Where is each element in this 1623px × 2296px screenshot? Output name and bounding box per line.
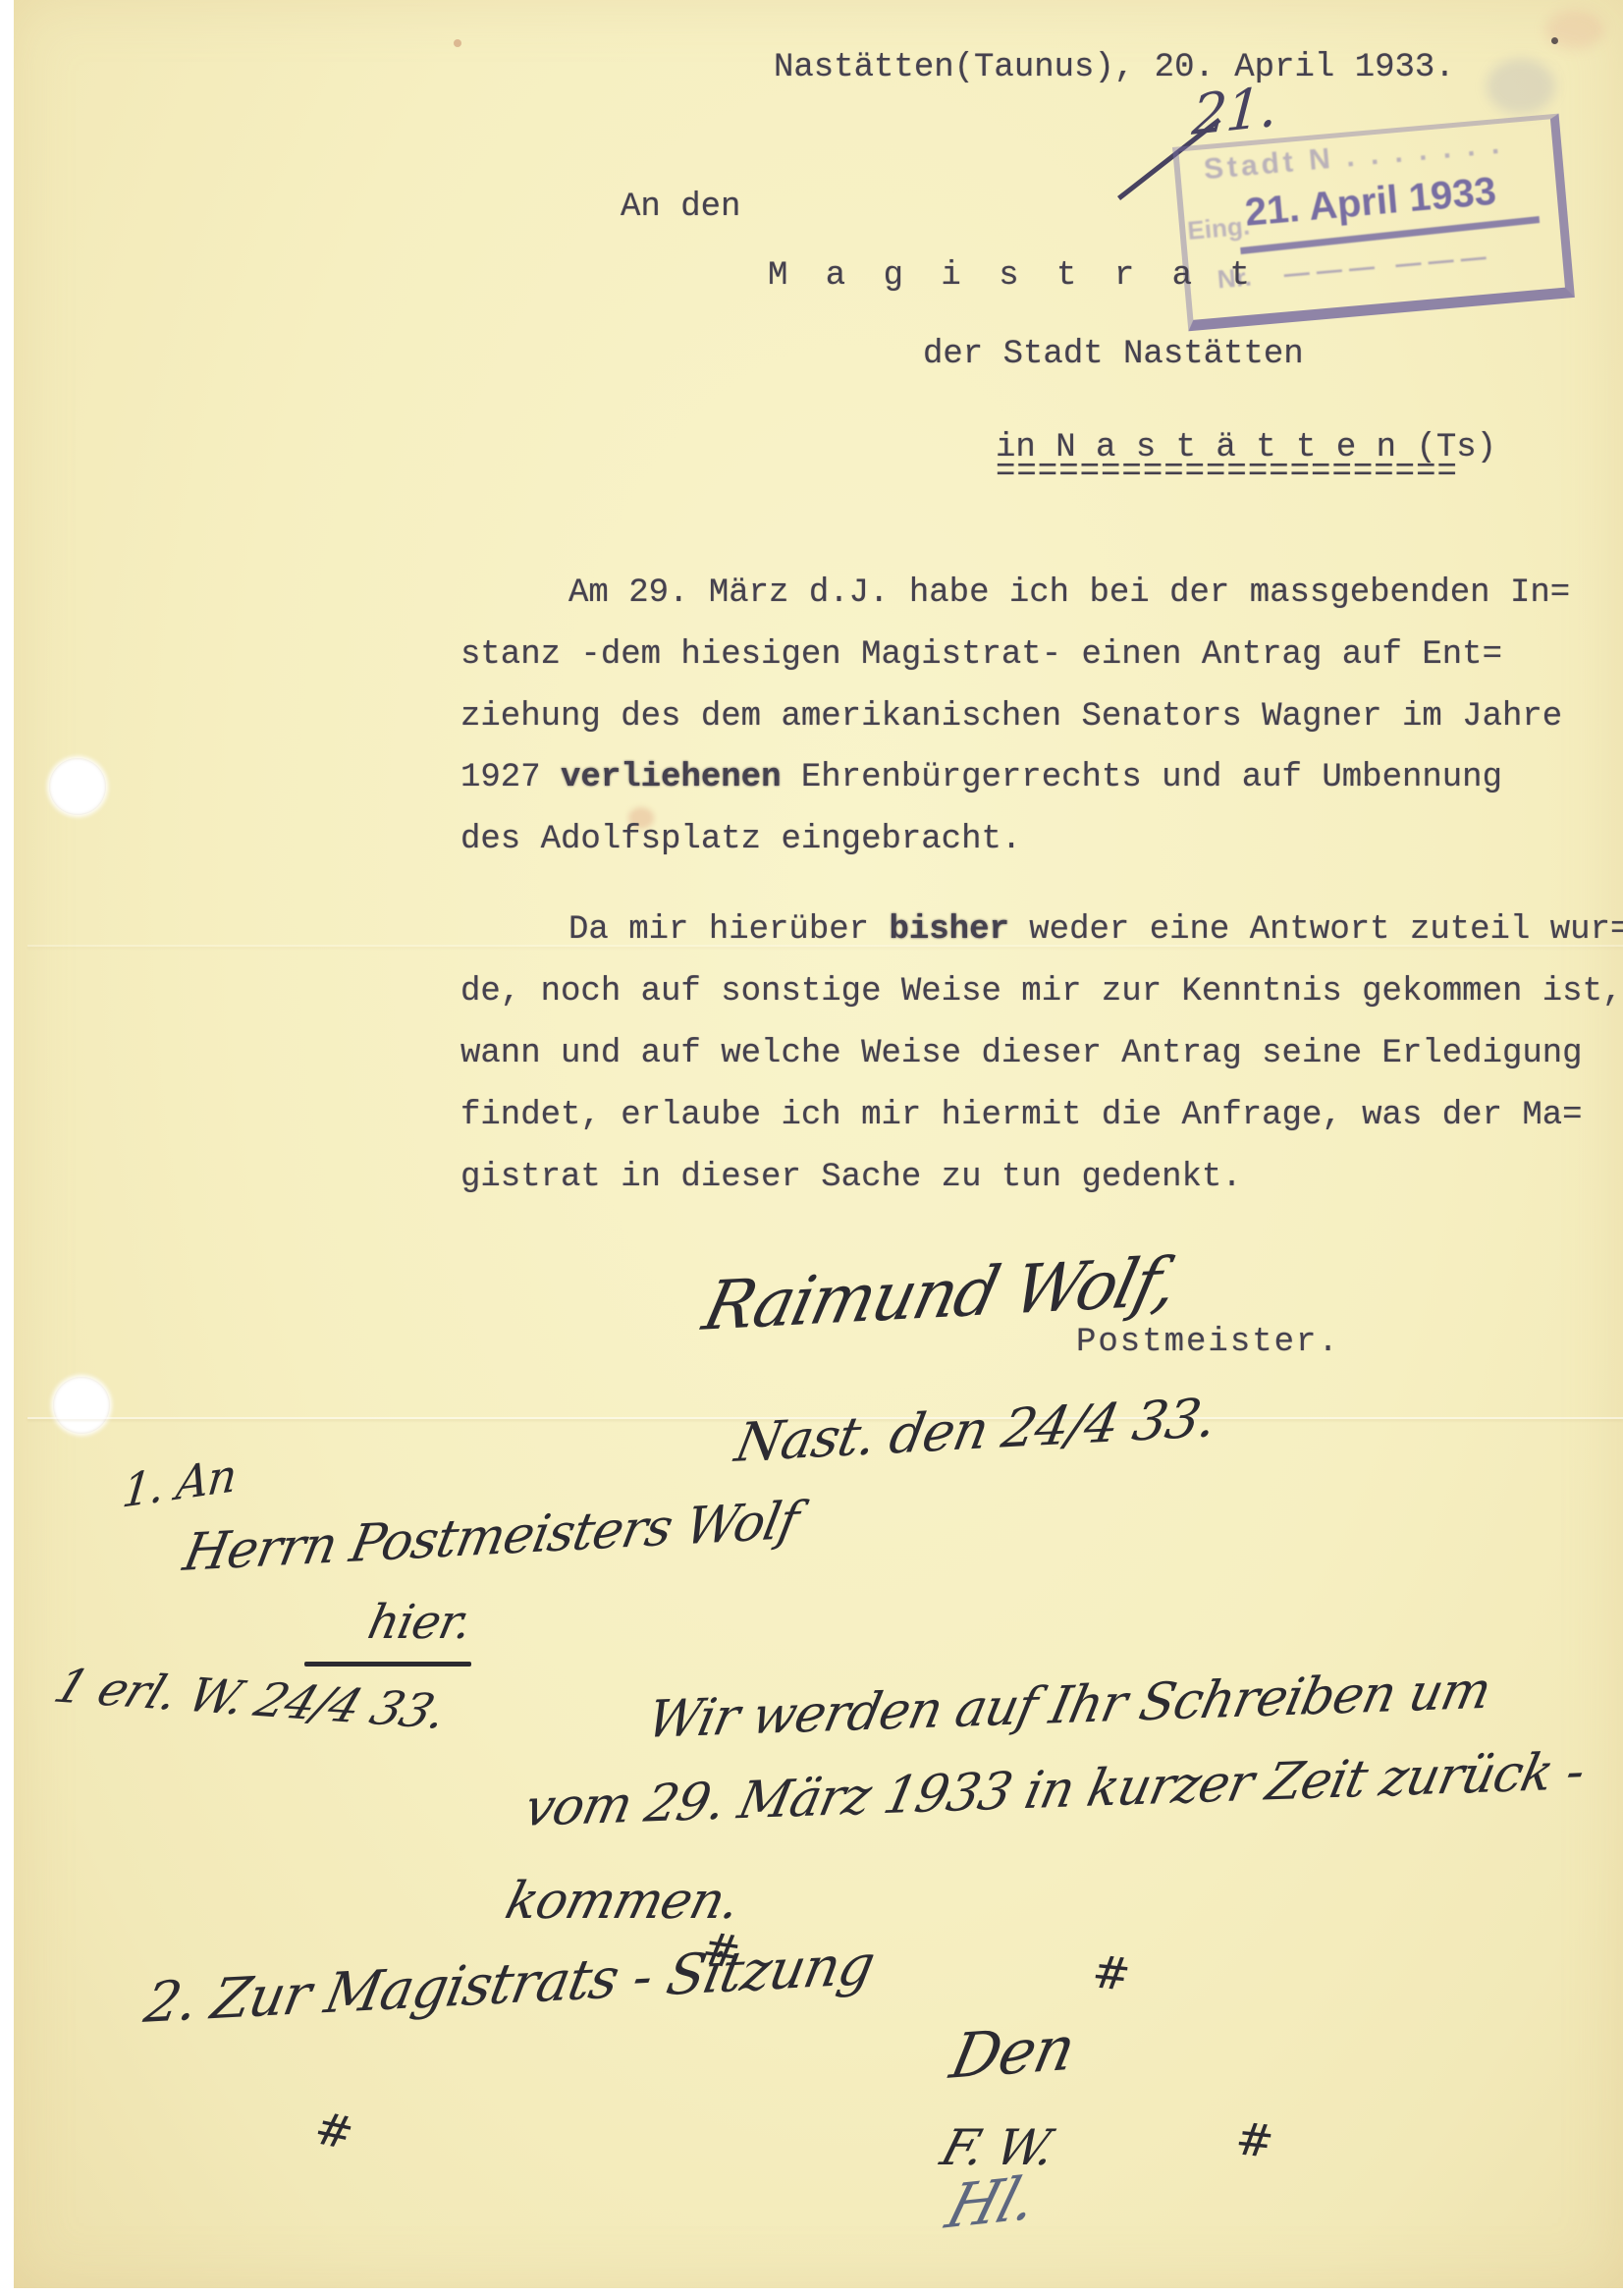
- body-p2-line1: Da mir hierüber bisher weder eine Antwor…: [568, 911, 1623, 949]
- handwritten-journal-number: 21.: [1190, 75, 1278, 148]
- reply-line2: vom 29. März 1933 in kurzer Zeit zurück …: [519, 1742, 1590, 1838]
- pink-smudge: [1545, 10, 1604, 49]
- overtyped-word: bisher: [889, 911, 1008, 949]
- stamp-nr-line: — — — — — —: [1282, 242, 1487, 290]
- reply-line1: Wir werden auf Ihr Schreiben um: [642, 1662, 1495, 1750]
- body-p2-line4: findet, erlaube ich mir hiermit die Anfr…: [460, 1097, 1583, 1134]
- body-text: weder eine Antwort zuteil wur=: [1009, 911, 1623, 949]
- punch-hole-top: [49, 758, 106, 815]
- dateline: Nastätten(Taunus), 20. April 1933.: [774, 49, 1455, 86]
- body-text: 1927: [460, 759, 561, 796]
- body-p2-line2: de, noch auf sonstige Weise mir zur Kenn…: [460, 973, 1622, 1011]
- hash-mark: #: [1090, 1944, 1132, 2001]
- hash-mark: #: [1233, 2111, 1275, 2168]
- body-p2-line3: wann und auf welche Weise dieser Antrag …: [460, 1035, 1583, 1072]
- body-p1-line4: 1927 verliehenen Ehrenbürgerrechts und a…: [460, 759, 1502, 796]
- stamp-eingang-label: Eing.: [1186, 210, 1251, 246]
- recipient-line2: der Stadt Nastätten: [923, 336, 1304, 373]
- hash-mark: #: [699, 1922, 743, 1980]
- hier-underline: [304, 1662, 471, 1667]
- punch-hole-bottom: [53, 1377, 110, 1434]
- hash-mark: #: [310, 2101, 357, 2160]
- overtyped-word: verliehenen: [561, 759, 781, 796]
- body-p1-line1: Am 29. März d.J. habe ich bei der massge…: [568, 574, 1570, 612]
- scanned-letter-page: Nastätten(Taunus), 20. April 1933. 21. S…: [0, 0, 1623, 2296]
- body-p2-line5: gistrat in dieser Sache zu tun gedenkt.: [460, 1159, 1242, 1196]
- receipt-stamp: Stadt N . . . . . . . Eing. 21. April 19…: [1172, 114, 1575, 332]
- body-text: Ehrenbürgerrechts und auf Umbennung: [781, 759, 1502, 796]
- recipient-rule: ======================: [996, 454, 1458, 491]
- disposition1-number: 1. An: [120, 1448, 239, 1518]
- body-p1-line3: ziehung des dem amerikanischen Senators …: [460, 698, 1562, 736]
- den-note: Den: [945, 2011, 1081, 2093]
- paper-sheet: Nastätten(Taunus), 20. April 1933. 21. S…: [14, 0, 1623, 2288]
- erledigt-note: 1 erl. W. 24/4 33.: [47, 1659, 455, 1739]
- body-p1-line5: des Adolfsplatz eingebracht.: [460, 821, 1021, 858]
- disposition1-addressee: Herrn Postmeisters Wolf: [179, 1492, 803, 1583]
- recipient-salutation: An den: [621, 189, 740, 226]
- receipt-note: Nast. den 24/4 33.: [730, 1387, 1221, 1474]
- disposition2-note: 2. Zur Magistrats - Sitzung: [139, 1933, 879, 2036]
- signature-typed-title: Postmeister.: [1076, 1324, 1340, 1361]
- recipient-name: M a g i s t r a t: [768, 257, 1259, 295]
- ink-smudge: [1487, 59, 1555, 114]
- disposition1-hier: hier.: [363, 1595, 476, 1650]
- body-text: Da mir hierüber: [568, 911, 889, 949]
- body-p1-line2: stanz -dem hiesigen Magistrat- einen Ant…: [460, 636, 1502, 674]
- paper-speck: [454, 39, 461, 47]
